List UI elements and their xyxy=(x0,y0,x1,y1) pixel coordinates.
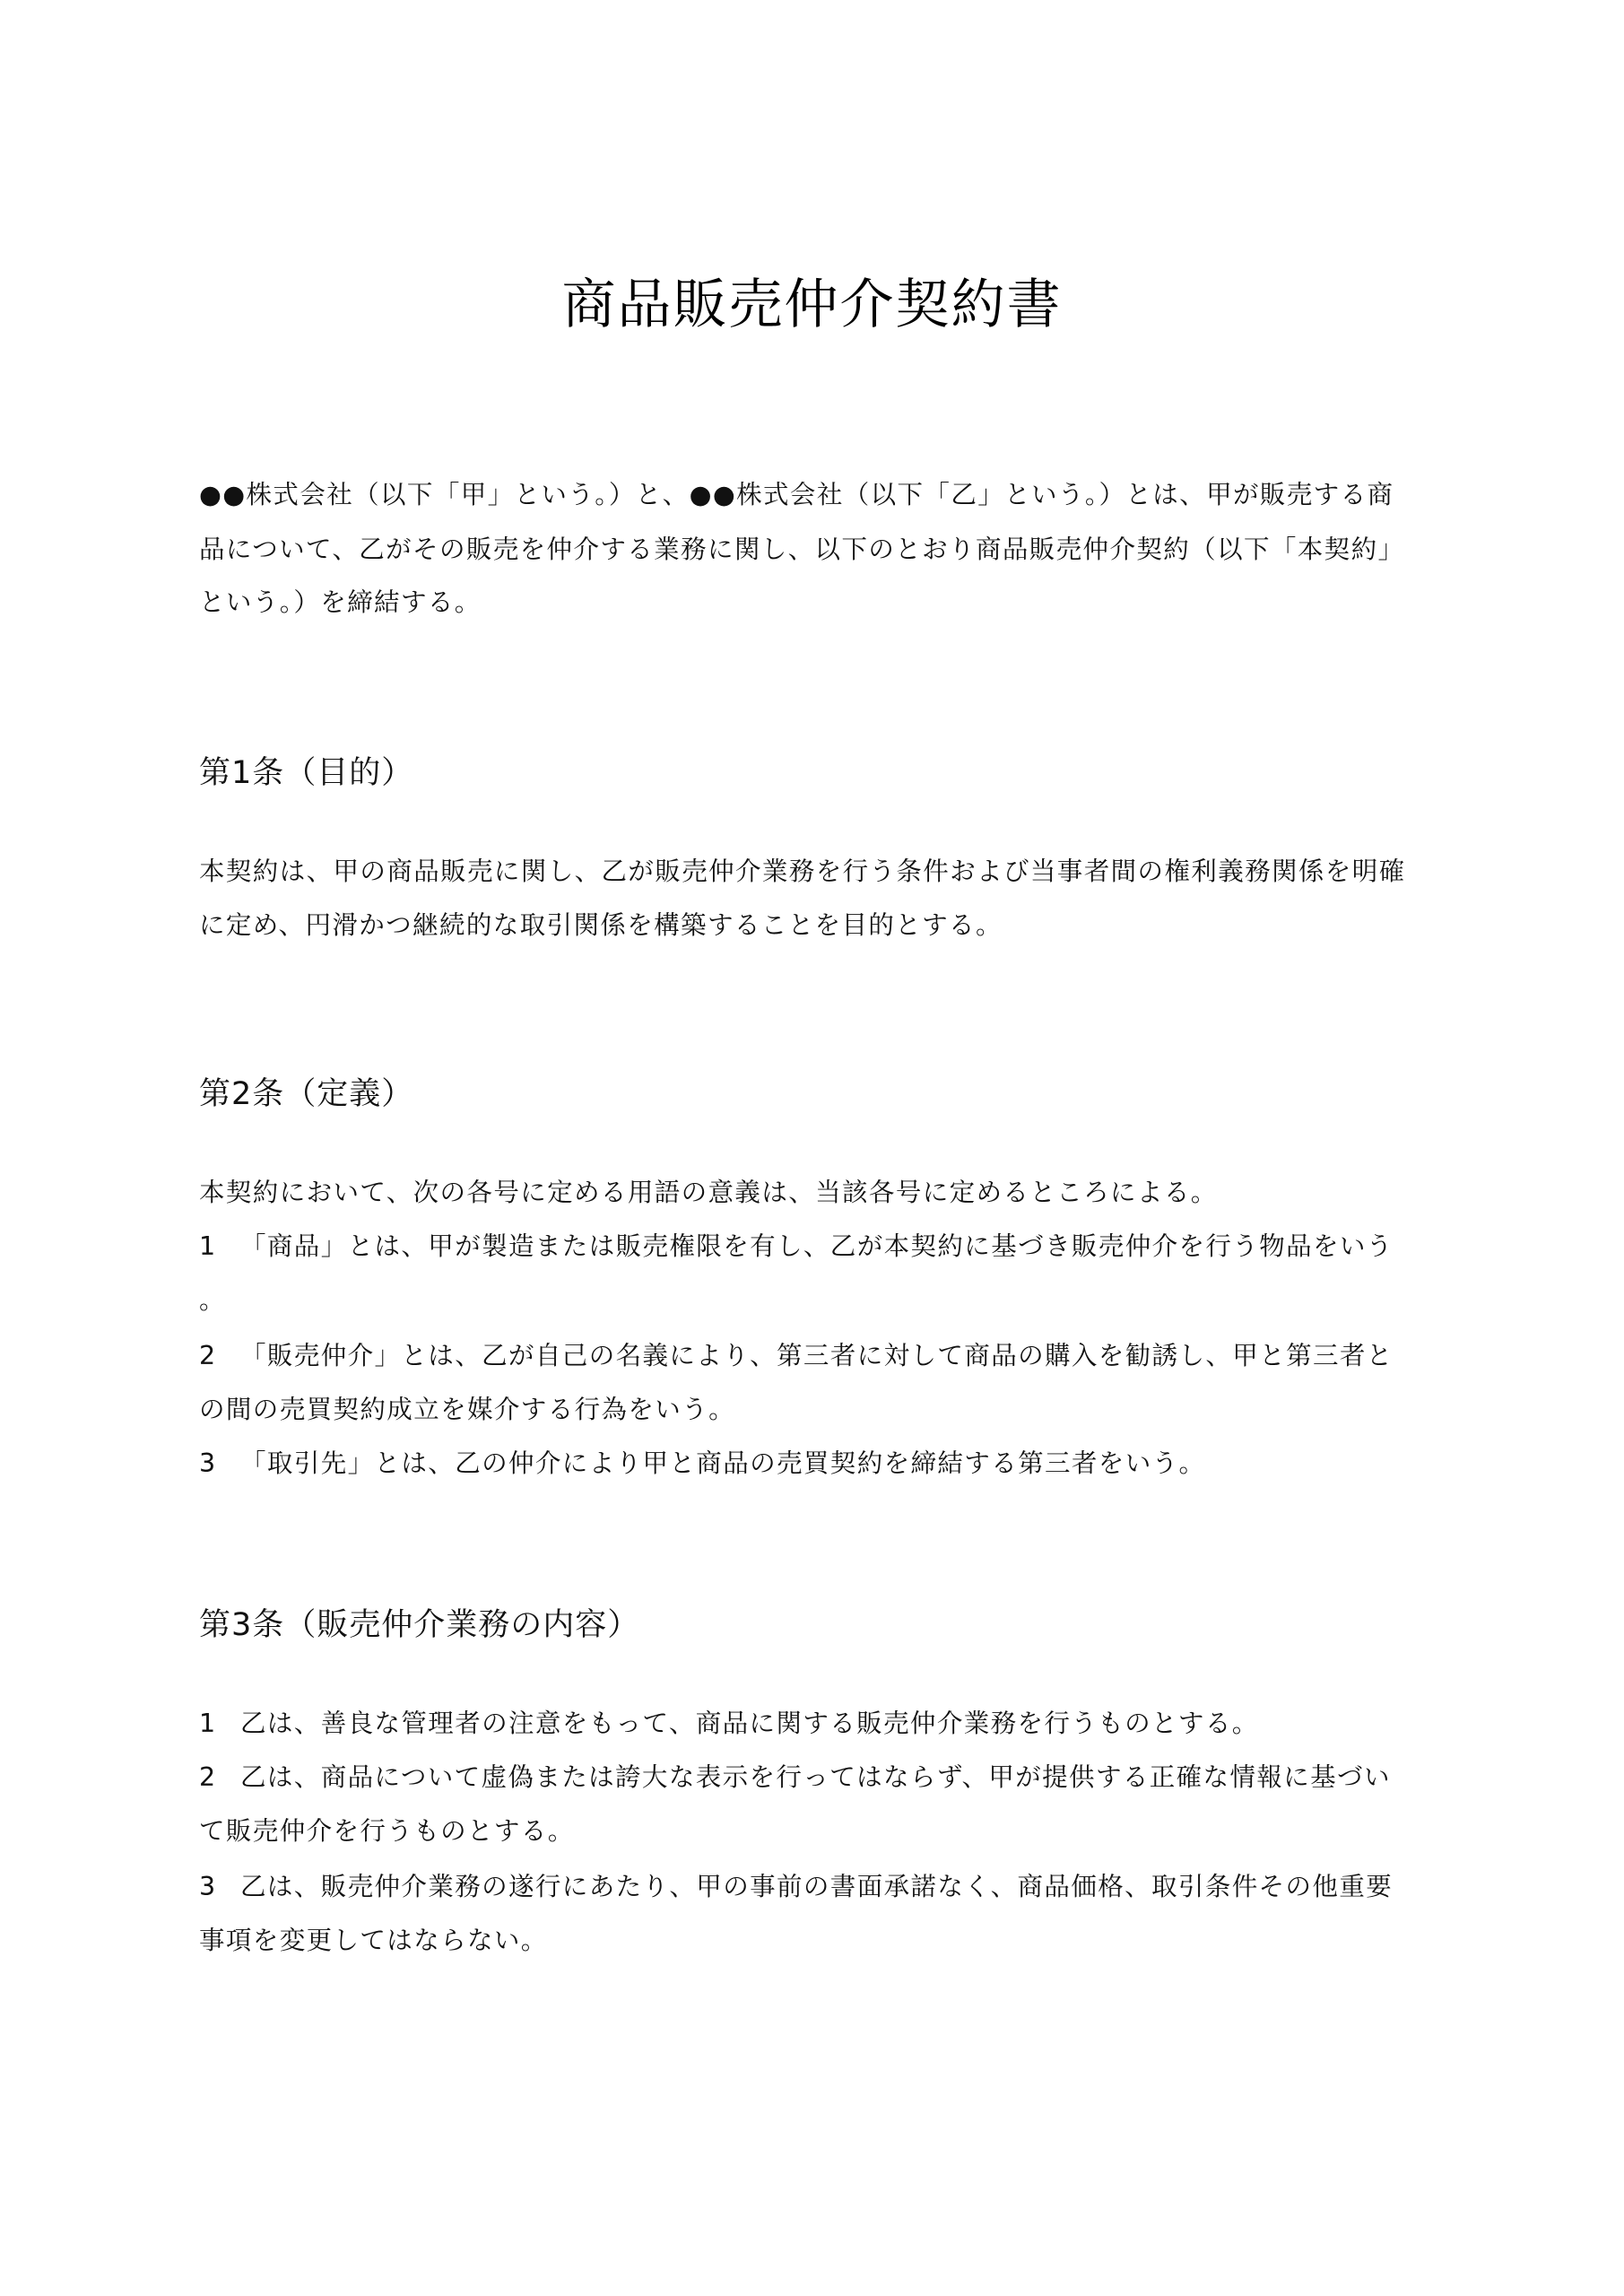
definition-item-2: 2「販売仲介」とは、乙が自己の名義により、第三者に対して商品の購入を勧誘し、甲と… xyxy=(199,1338,1455,1374)
item-continuation: 事項を変更してはならない。 xyxy=(199,1923,1455,1959)
item-text: 乙は、販売仲介業務の遂行にあたり、甲の事前の書面承諾なく、商品価格、取引条件その… xyxy=(240,1872,1393,1901)
definition-item-1: 1「商品」とは、甲が製造または販売権限を有し、乙が本契約に基づき販売仲介を行う物… xyxy=(199,1229,1455,1265)
article-heading: 第3条（販売仲介業務の内容） xyxy=(199,1604,639,1647)
item-continuation: 。 xyxy=(199,1283,1455,1318)
item-text: 「商品」とは、甲が製造または販売権限を有し、乙が本契約に基づき販売仲介を行う物品… xyxy=(240,1231,1394,1261)
article-heading: 第2条（定義） xyxy=(199,1073,413,1116)
article-body-line: に定め、円滑かつ継続的な取引関係を構築することを目的とする。 xyxy=(199,908,1455,944)
item-number: 2 xyxy=(199,1338,240,1374)
document-title: 商品販売仲介契約書 xyxy=(0,267,1624,343)
item-text: 「販売仲介」とは、乙が自己の名義により、第三者に対して商品の購入を勧誘し、甲と第… xyxy=(240,1341,1394,1370)
item-number: 2 xyxy=(199,1760,240,1796)
preamble-line: ●●株式会社（以下「甲」という。）と、●●株式会社（以下「乙」という。）とは、甲… xyxy=(199,477,1455,513)
item-number: 1 xyxy=(199,1229,240,1265)
item-number: 3 xyxy=(199,1446,240,1482)
preamble-line: 品について、乙がその販売を仲介する業務に関し、以下のとおり商品販売仲介契約（以下… xyxy=(199,532,1455,568)
item-continuation: の間の売買契約成立を媒介する行為をいう。 xyxy=(199,1392,1455,1428)
article-body-line: 本契約は、甲の商品販売に関し、乙が販売仲介業務を行う条件および当事者間の権利義務… xyxy=(199,854,1455,890)
clause-item-2: 2乙は、商品について虚偽または誇大な表示を行ってはならず、甲が提供する正確な情報… xyxy=(199,1760,1455,1796)
item-text: 「取引先」とは、乙の仲介により甲と商品の売買契約を締結する第三者をいう。 xyxy=(240,1448,1205,1478)
clause-item-1: 1乙は、善良な管理者の注意をもって、商品に関する販売仲介業務を行うものとする。 xyxy=(199,1706,1455,1742)
clause-item-3: 3乙は、販売仲介業務の遂行にあたり、甲の事前の書面承諾なく、商品価格、取引条件そ… xyxy=(199,1869,1455,1905)
document-page: 商品販売仲介契約書 ●●株式会社（以下「甲」という。）と、●●株式会社（以下「乙… xyxy=(0,0,1624,2296)
article-heading: 第1条（目的） xyxy=(199,752,413,795)
item-number: 3 xyxy=(199,1869,240,1905)
item-text: 乙は、善良な管理者の注意をもって、商品に関する販売仲介業務を行うものとする。 xyxy=(240,1709,1259,1738)
item-number: 1 xyxy=(199,1706,240,1742)
item-text: 乙は、商品について虚偽または誇大な表示を行ってはならず、甲が提供する正確な情報に… xyxy=(240,1762,1391,1792)
article-intro: 本契約において、次の各号に定める用語の意義は、当該各号に定めるところによる。 xyxy=(199,1175,1455,1211)
item-continuation: て販売仲介を行うものとする。 xyxy=(199,1813,1455,1849)
preamble-line: という。）を締結する。 xyxy=(199,585,1455,621)
definition-item-3: 3「取引先」とは、乙の仲介により甲と商品の売買契約を締結する第三者をいう。 xyxy=(199,1446,1455,1482)
